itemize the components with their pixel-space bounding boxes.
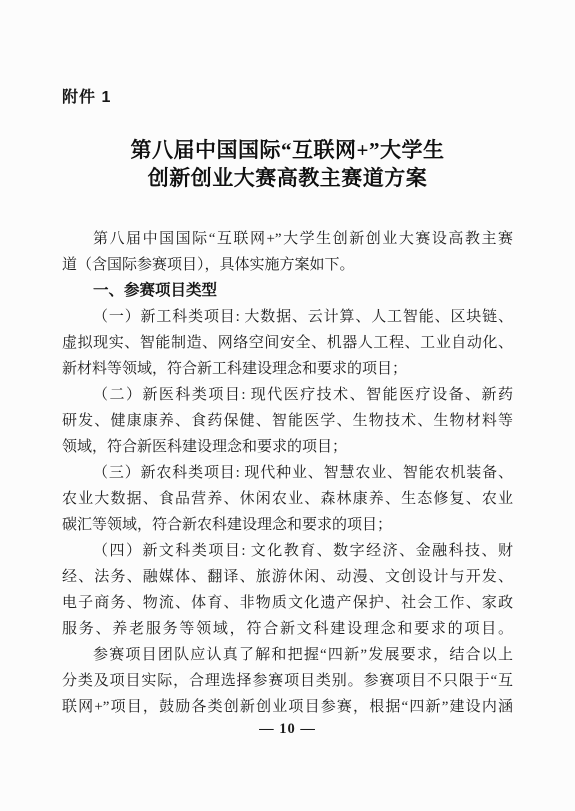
page-number: — 10 — — [259, 721, 316, 737]
body-line: 虚拟现实、智能制造、网络空间安全、机器人工程、工业自动化、 — [62, 330, 513, 356]
page-footer: — 10 — — [0, 719, 575, 739]
body-line: 碳汇等领域，符合新农科建设理念和要求的项目； — [62, 512, 513, 538]
document-page: 附件 1 第八届中国国际“互联网+”大学生 创新创业大赛高教主赛道方案 第八届中… — [0, 0, 575, 811]
body-line: （一）新工科类项目: 大数据、云计算、人工智能、区块链、 — [62, 304, 513, 330]
body-line: 服务、养老服务等领域，符合新文科建设理念和要求的项目。 — [62, 616, 513, 642]
body-line: 分类及项目实际，合理选择参赛项目类别。参赛项目不只限于“互 — [62, 668, 513, 694]
document-title-line-1: 第八届中国国际“互联网+”大学生 — [62, 136, 513, 164]
section-heading: 一、参赛项目类型 — [62, 278, 513, 304]
body-line: （四）新文科类项目: 文化教育、数字经济、金融科技、财 — [62, 538, 513, 564]
body-line: 联网+”项目，鼓励各类创新创业项目参赛，根据“四新”建设内涵 — [62, 694, 513, 720]
body-line: 农业大数据、食品营养、休闲农业、森林康养、生态修复、农业 — [62, 486, 513, 512]
body-line: 道（含国际参赛项目），具体实施方案如下。 — [62, 252, 513, 278]
attachment-label: 附件 1 — [62, 88, 513, 108]
body-line: 电子商务、物流、体育、非物质文化遗产保护、社会工作、家政 — [62, 590, 513, 616]
document-body: 第八届中国国际“互联网+”大学生创新创业大赛设高教主赛道（含国际参赛项目），具体… — [62, 226, 513, 720]
body-line: 经、法务、融媒体、翻译、旅游休闲、动漫、文创设计与开发、 — [62, 564, 513, 590]
document-title: 第八届中国国际“互联网+”大学生 创新创业大赛高教主赛道方案 — [62, 136, 513, 192]
body-line: 研发、健康康养、食药保健、智能医学、生物技术、生物材料等 — [62, 408, 513, 434]
document-title-line-2: 创新创业大赛高教主赛道方案 — [62, 164, 513, 192]
body-line: 参赛项目团队应认真了解和把握“四新”发展要求，结合以上 — [62, 642, 513, 668]
body-line: 第八届中国国际“互联网+”大学生创新创业大赛设高教主赛 — [62, 226, 513, 252]
body-line: （二）新医科类项目: 现代医疗技术、智能医疗设备、新药 — [62, 382, 513, 408]
body-line: 新材料等领域，符合新工科建设理念和要求的项目； — [62, 356, 513, 382]
body-line: （三）新农科类项目: 现代种业、智慧农业、智能农机装备、 — [62, 460, 513, 486]
body-line: 领域，符合新医科建设理念和要求的项目； — [62, 434, 513, 460]
